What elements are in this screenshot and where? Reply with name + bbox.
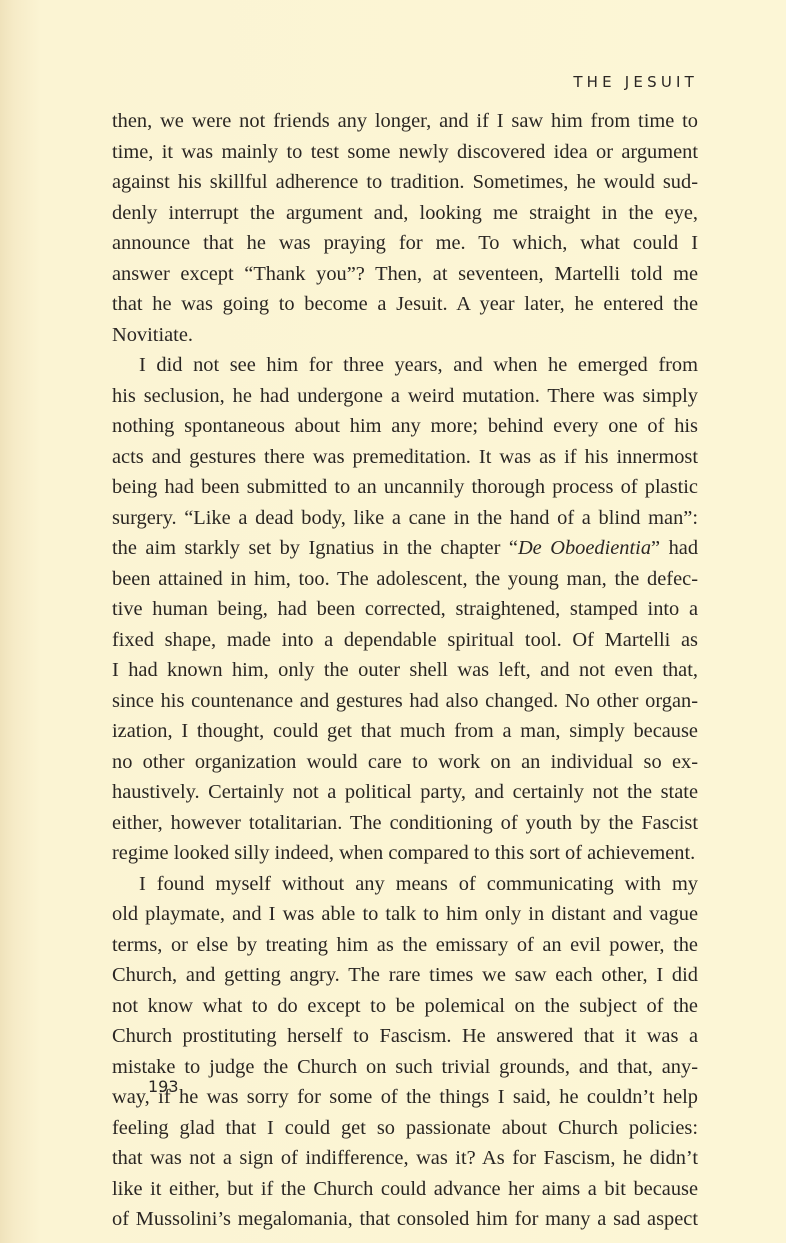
text-line: I did not see him for three years, and w… — [112, 350, 698, 381]
text-line: I had known him, only the outer shell wa… — [112, 655, 698, 686]
text-line: feeling glad that I could get so passion… — [112, 1113, 698, 1144]
text-line: his seclusion, he had undergone a weird … — [112, 381, 698, 412]
text-line: old playmate, and I was able to talk to … — [112, 899, 698, 930]
text-line: I found myself without any means of comm… — [112, 869, 698, 900]
text-line: the aim starkly set by Ignatius in the c… — [112, 533, 698, 564]
text-line: Church prostituting herself to Fascism. … — [112, 1021, 698, 1052]
text-line: against his skillful adherence to tradit… — [112, 167, 698, 198]
line-text-pre: the aim starkly set by Ignatius in the c… — [112, 537, 518, 559]
running-head: THE JESUIT — [500, 73, 698, 91]
text-line: time, it was mainly to test some newly d… — [112, 137, 698, 168]
text-line: haustively. Certainly not a political pa… — [112, 777, 698, 808]
text-line: answer except “Thank you”? Then, at seve… — [112, 259, 698, 290]
text-line: fixed shape, made into a dependable spir… — [112, 625, 698, 656]
text-line: being had been submitted to an uncannily… — [112, 472, 698, 503]
text-line: mistake to judge the Church on such triv… — [112, 1052, 698, 1083]
text-line: that was not a sign of indifference, was… — [112, 1143, 698, 1174]
text-line: regime looked silly indeed, when compare… — [112, 838, 698, 869]
text-line: surgery. “Like a dead body, like a cane … — [112, 503, 698, 534]
book-chapter-title: De Oboedientia — [518, 537, 651, 559]
text-line: tive human being, had been corrected, st… — [112, 594, 698, 625]
text-line: announce that he was praying for me. To … — [112, 228, 698, 259]
text-line: no other organization would care to work… — [112, 747, 698, 778]
text-line: nothing spontaneous about him any more; … — [112, 411, 698, 442]
text-line: not know what to do except to be polemic… — [112, 991, 698, 1022]
text-line: denly interrupt the argument and, lookin… — [112, 198, 698, 229]
body-text: then, we were not friends any longer, an… — [112, 106, 698, 1235]
text-line: like it either, but if the Church could … — [112, 1174, 698, 1205]
text-line: ization, I thought, could get that much … — [112, 716, 698, 747]
text-line: of Mussolini’s megalomania, that console… — [112, 1204, 698, 1235]
text-line: since his countenance and gestures had a… — [112, 686, 698, 717]
text-line: either, however totalitarian. The condit… — [112, 808, 698, 839]
text-line: that he was going to become a Jesuit. A … — [112, 289, 698, 320]
text-line: Church, and getting angry. The rare time… — [112, 960, 698, 991]
line-text-post: ” had — [651, 537, 698, 559]
text-line: then, we were not friends any longer, an… — [112, 106, 698, 137]
text-line: acts and gestures there was premeditatio… — [112, 442, 698, 473]
page-number: 193 — [148, 1077, 179, 1096]
text-line: way, if he was sorry for some of the thi… — [112, 1082, 698, 1113]
text-line: been attained in him, too. The adolescen… — [112, 564, 698, 595]
text-line: terms, or else by treating him as the em… — [112, 930, 698, 961]
text-line: Novitiate. — [112, 320, 698, 351]
